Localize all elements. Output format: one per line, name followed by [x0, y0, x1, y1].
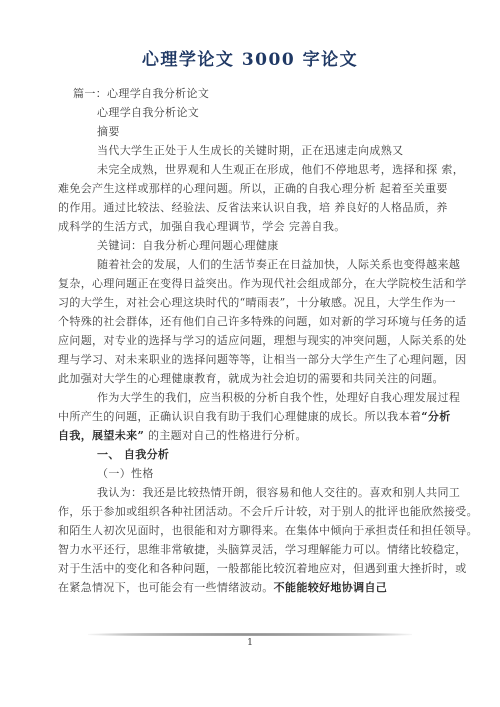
document-line: 篇一：心理学自我分析论文	[58, 84, 450, 103]
document-text: 作，乐于参加或组织各种社团活动。不会斤斤计较，对于别人的批评也能欣然接受。	[58, 505, 478, 518]
document-page: 心理学论文 3000 字论文 篇一：心理学自我分析论文心理学自我分析论文摘要当代…	[0, 0, 500, 707]
document-text: 当代大学生正处于人生成长的关键时期，正在迅速走向成熟又	[97, 144, 403, 157]
document-line: 心理学自我分析论文	[58, 103, 450, 122]
document-line: 应问题，对专业的选择与学习的适应问题，理想与现实的冲突问题，人际关系的处	[58, 331, 450, 350]
document-text: 的主题对自己的性格进行分析。	[144, 429, 307, 442]
document-line: 的作用。通过比较法、经验法、反省法来认识自我，培 养良好的人格品质，养	[58, 198, 450, 217]
document-text: 中所产生的问题，正确认识自我有助于我们心理健康的成长。所以我本着	[58, 410, 421, 423]
document-line: （一）性格	[58, 464, 450, 483]
document-text: 作为大学生的我们，应当积极的分析自我个性，处理好自我心理发展过程	[97, 391, 460, 404]
document-text: 的作用。通过比较法、经验法、反省法来认识自我，培 养良好的人格品质，养	[58, 201, 448, 214]
document-text-bold: 不能能较好地协调自己	[274, 581, 388, 594]
document-line: 我认为：我还是比较热情开朗，很容易和他人交往的。喜欢和别人共同工	[58, 483, 450, 502]
document-line: 关键词：自我分析心理问题心理健康	[58, 236, 450, 255]
document-text: 智力水平还行，思维非常敏捷，头脑算灵活，学习理解能力可以。情绪比较稳定，	[58, 543, 467, 556]
document-title: 心理学论文 3000 字论文	[0, 45, 500, 70]
document-line: 难免会产生这样或那样的心理问题。所以，正确的自我心理分析 起着至关重要	[58, 179, 450, 198]
document-text: 复杂，心理问题正在变得日益突出。作为现代社会组成部分，在大学院校生活和学	[58, 277, 467, 290]
document-text-bold: 自我，展望未来”	[58, 429, 144, 442]
document-line: 当代大学生正处于人生成长的关键时期，正在迅速走向成熟又	[58, 141, 450, 160]
document-text: 此加强对大学生的心理健康教育，就成为社会迫切的需要和共同关注的问题。	[58, 372, 444, 385]
document-text: （一）性格	[97, 467, 154, 480]
document-line: 复杂，心理问题正在变得日益突出。作为现代社会组成部分，在大学院校生活和学	[58, 274, 450, 293]
document-text: 难免会产生这样或那样的心理问题。所以，正确的自我心理分析 起着至关重要	[58, 182, 448, 195]
footer-divider	[88, 633, 412, 636]
document-line: 未完全成熟，世界观和人生观正在形成，他们不停地思考，选择和探 索，	[58, 160, 450, 179]
document-text: 成科学的生活方式，加强自我心理调节，学会 完善自我。	[58, 220, 346, 233]
document-line: 习的大学生，对社会心理这块时代的“晴雨表”，十分敏感。况且，大学生作为一	[58, 293, 450, 312]
page-number: 1	[0, 637, 500, 648]
document-text: 未完全成熟，世界观和人生观正在形成，他们不停地思考，选择和探 索，	[97, 163, 464, 176]
document-text: 和陌生人初次见面时，也很能和对方聊得来。在集体中倾向于承担责任和担任领导。	[58, 524, 478, 537]
document-line: 摘要	[58, 122, 450, 141]
document-line: 作，乐于参加或组织各种社团活动。不会斤斤计较，对于别人的批评也能欣然接受。	[58, 502, 450, 521]
document-line: 和陌生人初次见面时，也很能和对方聊得来。在集体中倾向于承担责任和担任领导。	[58, 521, 450, 540]
document-line: 在紧急情况下，也可能会有一些情绪波动。不能能较好地协调自己	[58, 578, 450, 597]
document-text-bold: 一、 自我分析	[97, 448, 169, 461]
document-line: 个特殊的社会群体，还有他们自己许多特殊的问题，如对新的学习环境与任务的适	[58, 312, 450, 331]
document-text: 关键词：自我分析心理问题心理健康	[97, 239, 279, 252]
document-text: 摘要	[97, 125, 120, 138]
document-text: 随着社会的发展，人们的生活节奏正在日益加快，人际关系也变得越来越	[97, 258, 460, 271]
document-line: 作为大学生的我们，应当积极的分析自我个性，处理好自我心理发展过程	[58, 388, 450, 407]
document-line: 自我，展望未来” 的主题对自己的性格进行分析。	[58, 426, 450, 445]
document-line: 此加强对大学生的心理健康教育，就成为社会迫切的需要和共同关注的问题。	[58, 369, 450, 388]
document-line: 中所产生的问题，正确认识自我有助于我们心理健康的成长。所以我本着“分析	[58, 407, 450, 426]
document-text: 我认为：我还是比较热情开朗，很容易和他人交往的。喜欢和别人共同工	[97, 486, 460, 499]
document-line: 随着社会的发展，人们的生活节奏正在日益加快，人际关系也变得越来越	[58, 255, 450, 274]
document-body: 篇一：心理学自我分析论文心理学自我分析论文摘要当代大学生正处于人生成长的关键时期…	[58, 84, 450, 597]
document-text: 对于生活中的变化和各种问题，一般都能比较沉着地应对，但遇到重大挫折时，或	[58, 562, 467, 575]
document-text: 习的大学生，对社会心理这块时代的“晴雨表”，十分敏感。况且，大学生作为一	[58, 296, 456, 309]
document-line: 成科学的生活方式，加强自我心理调节，学会 完善自我。	[58, 217, 450, 236]
document-line: 智力水平还行，思维非常敏捷，头脑算灵活，学习理解能力可以。情绪比较稳定，	[58, 540, 450, 559]
document-text: 心理学自我分析论文	[97, 106, 199, 119]
document-line: 对于生活中的变化和各种问题，一般都能比较沉着地应对，但遇到重大挫折时，或	[58, 559, 450, 578]
document-line: 理与学习、对未来职业的选择问题等等，让相当一部分大学生产生了心理问题，因	[58, 350, 450, 369]
document-text: 个特殊的社会群体，还有他们自己许多特殊的问题，如对新的学习环境与任务的适	[58, 315, 467, 328]
document-line: 一、 自我分析	[58, 445, 450, 464]
document-text: 篇一：心理学自我分析论文	[73, 87, 209, 100]
document-text: 应问题，对专业的选择与学习的适应问题，理想与现实的冲突问题，人际关系的处	[58, 334, 467, 347]
document-text: 理与学习、对未来职业的选择问题等等，让相当一部分大学生产生了心理问题，因	[58, 353, 467, 366]
document-text-bold: “分析	[421, 410, 450, 423]
document-text: 在紧急情况下，也可能会有一些情绪波动。	[58, 581, 274, 594]
